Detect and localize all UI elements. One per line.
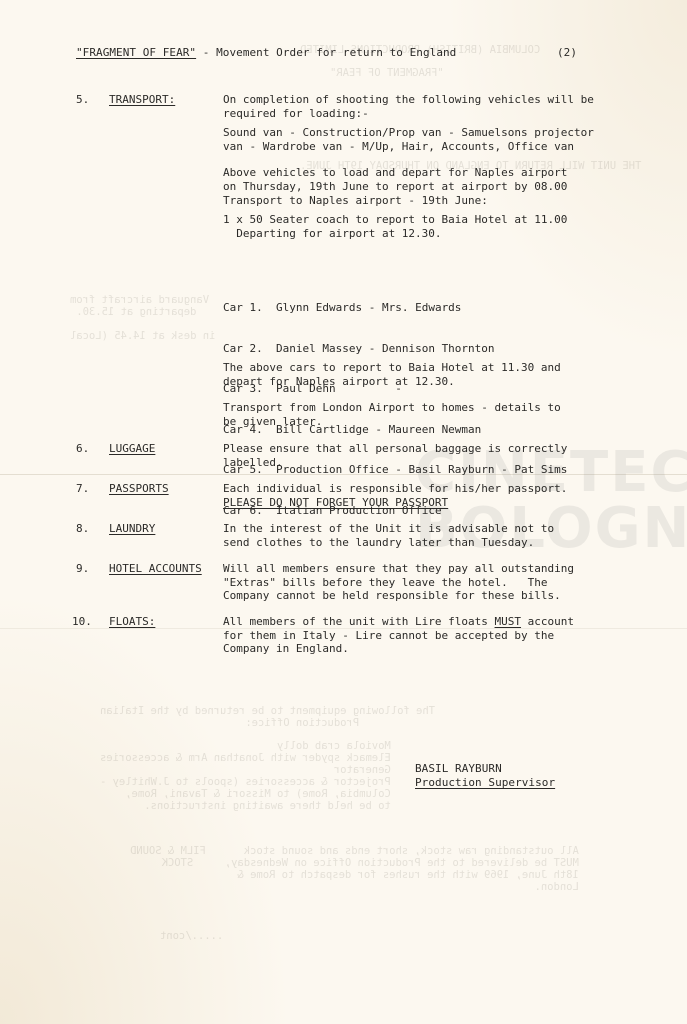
film-title: "FRAGMENT OF FEAR" xyxy=(76,46,196,59)
transport-para-naples: Transport to Naples airport - 19th June: xyxy=(223,194,488,208)
signatory-name: BASIL RAYBURN xyxy=(415,762,502,776)
text-line: Company in England. xyxy=(223,642,574,656)
text-line: In the interest of the Unit it is advisa… xyxy=(223,522,554,536)
text-line: on Thursday, 19th June to report at airp… xyxy=(223,180,567,194)
car-assignment: Glynn Edwards - Mrs. Edwards xyxy=(276,301,461,314)
signatory-title: Production Supervisor xyxy=(415,776,555,790)
text-line: Transport to Naples airport - 19th June: xyxy=(223,194,488,208)
text-line: required for loading:- xyxy=(223,107,594,121)
text-line: Transport from London Airport to homes -… xyxy=(223,401,561,415)
document-page: COLUMBIA (BRITISH) PRODUCTIONS LIMITED "… xyxy=(0,0,687,1024)
section-number: 5. xyxy=(76,93,89,107)
show-through-text: in desk at 14.45 (Local xyxy=(70,330,215,342)
text-line: Each individual is responsible for his/h… xyxy=(223,482,567,496)
text-line: All members of the unit with Lire floats… xyxy=(223,615,574,629)
section-number: 8. xyxy=(76,522,89,536)
transport-para-london: Transport from London Airport to homes -… xyxy=(223,401,561,428)
transport-para-vehicles: Sound van - Construction/Prop van - Samu… xyxy=(223,126,594,153)
text-line: The above cars to report to Baia Hotel a… xyxy=(223,361,561,375)
section-number: 9. xyxy=(76,562,89,576)
show-through-text: Vanguard aircraft from departing at 15.3… xyxy=(70,294,209,318)
text-line: send clothes to the laundry later than T… xyxy=(223,536,554,550)
text-line: Sound van - Construction/Prop van - Samu… xyxy=(223,126,594,140)
show-through-text: Moviola crab dolly Elemack spyder with J… xyxy=(100,740,391,812)
show-through-text: All outstanding raw stock, short ends an… xyxy=(130,845,579,893)
show-through-text: "FRAGMENT OF FEAR" xyxy=(330,67,444,79)
hotel-accounts-text: Will all members ensure that they pay al… xyxy=(223,562,574,603)
text-line: On completion of shooting the following … xyxy=(223,93,594,107)
text-line: Will all members ensure that they pay al… xyxy=(223,562,574,576)
section-heading-passports: PASSPORTS xyxy=(109,482,169,496)
section-number: 10. xyxy=(72,615,92,629)
car-label: Car 2. xyxy=(223,342,263,355)
emphasis-must: MUST xyxy=(495,615,522,628)
document-header: "FRAGMENT OF FEAR" - Movement Order for … xyxy=(76,46,456,60)
passports-text: Each individual is responsible for his/h… xyxy=(223,482,567,509)
text-line: depart for Naples airport at 12.30. xyxy=(223,375,561,389)
text-line: Departing for airport at 12.30. xyxy=(223,227,567,241)
text-line: van - Wardrobe van - M/Up, Hair, Account… xyxy=(223,140,594,154)
text-line: Above vehicles to load and depart for Na… xyxy=(223,166,567,180)
text-span: account xyxy=(521,615,574,628)
laundry-text: In the interest of the Unit it is advisa… xyxy=(223,522,554,549)
text-line: for them in Italy - Lire cannot be accep… xyxy=(223,629,574,643)
car-label: Car 1. xyxy=(223,301,263,314)
section-heading-hotel-accounts: HOTEL ACCOUNTS xyxy=(109,562,202,576)
header-subtitle: - Movement Order for return to England xyxy=(196,46,456,59)
text-line: Please ensure that all personal baggage … xyxy=(223,442,567,456)
floats-text: All members of the unit with Lire floats… xyxy=(223,615,574,656)
show-through-text: The following equipment to be returned b… xyxy=(100,705,435,729)
text-line: be given later. xyxy=(223,415,561,429)
text-span: All members of the unit with Lire floats xyxy=(223,615,495,628)
section-number: 7. xyxy=(76,482,89,496)
transport-para-depart: Above vehicles to load and depart for Na… xyxy=(223,166,567,193)
text-line: Company cannot be held responsible for t… xyxy=(223,589,574,603)
car-assignment: Daniel Massey - Dennison Thornton xyxy=(276,342,495,355)
text-line: 1 x 50 Seater coach to report to Baia Ho… xyxy=(223,213,567,227)
car-row: Car 2. Daniel Massey - Dennison Thornton xyxy=(223,342,567,356)
section-heading-laundry: LAUNDRY xyxy=(109,522,155,536)
car-row: Car 1. Glynn Edwards - Mrs. Edwards xyxy=(223,301,567,315)
section-number: 6. xyxy=(76,442,89,456)
section-heading-luggage: LUGGAGE xyxy=(109,442,155,456)
transport-para-cars-report: The above cars to report to Baia Hotel a… xyxy=(223,361,561,388)
page-number: (2) xyxy=(557,46,577,60)
luggage-text: Please ensure that all personal baggage … xyxy=(223,442,567,469)
section-heading-transport: TRANSPORT: xyxy=(109,93,175,107)
transport-para-coach: 1 x 50 Seater coach to report to Baia Ho… xyxy=(223,213,567,240)
show-through-text: ...../cont xyxy=(160,930,223,942)
transport-para-1: On completion of shooting the following … xyxy=(223,93,594,120)
section-heading-floats: FLOATS: xyxy=(109,615,155,629)
text-line: "Extras" bills before they leave the hot… xyxy=(223,576,574,590)
passport-warning: PLEASE DO NOT FORGET YOUR PASSPORT xyxy=(223,496,448,510)
text-line: labelled. xyxy=(223,456,567,470)
